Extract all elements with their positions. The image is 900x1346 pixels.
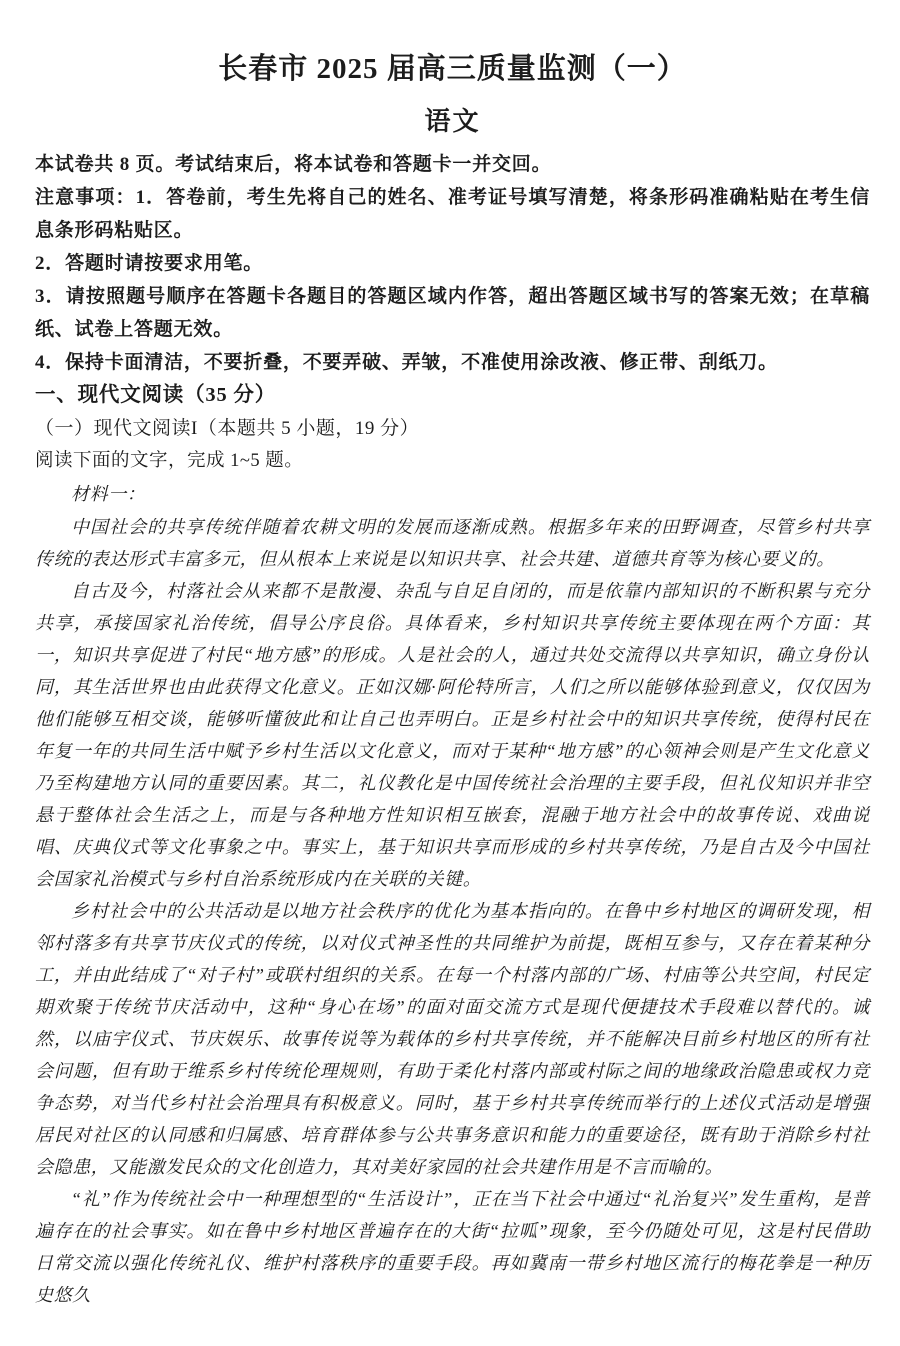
material-paragraph-1: 中国社会的共享传统伴随着农耕文明的发展而逐渐成熟。根据多年来的田野调查，尽管乡村… — [35, 511, 870, 575]
exam-paper-page: 长春市 2025 届高三质量监测（一） 语文 本试卷共 8 页。考试结束后，将本… — [0, 0, 900, 1346]
subsection-one-heading: （一）现代文阅读I（本题共 5 小题，19 分） — [35, 412, 870, 445]
exam-subject-title: 语文 — [35, 107, 870, 137]
exam-title: 长春市 2025 届高三质量监测（一） — [35, 52, 870, 86]
notice-item-1: 注意事项：1．答卷前，考生先将自己的姓名、准考证号填写清楚，将条形码准确粘贴在考… — [35, 181, 870, 247]
material-one-label: 材料一： — [35, 478, 870, 511]
reading-instruction: 阅读下面的文字，完成 1~5 题。 — [35, 445, 870, 478]
material-paragraph-2: 自古及今，村落社会从来都不是散漫、杂乱与自足自闭的，而是依靠内部知识的不断积累与… — [35, 575, 870, 895]
notice-item-4: 4．保持卡面清洁，不要折叠，不要弄破、弄皱，不准使用涂改液、修正带、刮纸刀。 — [35, 346, 870, 379]
notice-item-3: 3．请按照题号顺序在答题卡各题目的答题区域内作答，超出答题区域书写的答案无效；在… — [35, 280, 870, 346]
return-instruction: 本试卷共 8 页。考试结束后，将本试卷和答题卡一并交回。 — [35, 148, 870, 181]
section-one-heading: 一、现代文阅读（35 分） — [35, 379, 870, 412]
material-paragraph-4: “礼”作为传统社会中一种理想型的“生活设计”，正在当下社会中通过“礼治复兴”发生… — [35, 1183, 870, 1311]
notice-item-2: 2．答题时请按要求用笔。 — [35, 247, 870, 280]
material-paragraph-3: 乡村社会中的公共活动是以地方社会秩序的优化为基本指向的。在鲁中乡村地区的调研发现… — [35, 895, 870, 1183]
